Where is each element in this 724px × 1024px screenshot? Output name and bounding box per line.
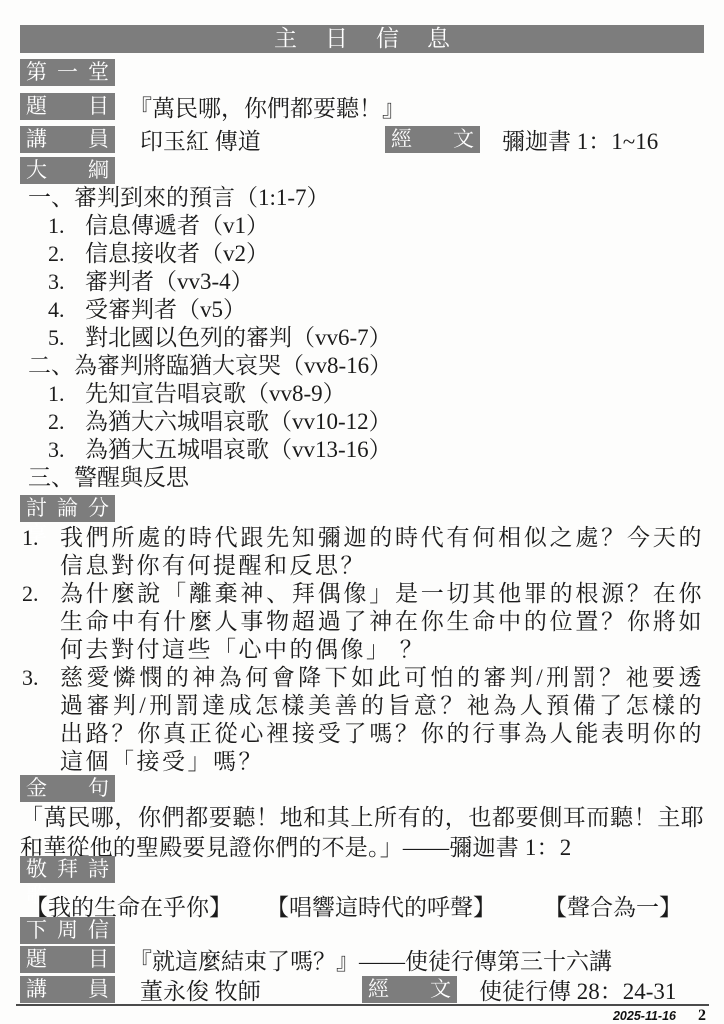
- worship-songs-badge-row: 敬拜詩歌: [20, 856, 704, 883]
- outline-item-text: 對北國以色列的審判（vv6-7）: [85, 324, 392, 352]
- topic-row: 題目 『萬民哪，你們都要聽！』: [20, 92, 704, 120]
- speaker-label-badge: 講員: [20, 126, 115, 153]
- outline-item-num: 1.: [48, 380, 85, 408]
- outline-item-text: 審判者（vv3-4）: [85, 268, 254, 296]
- topic-label-badge: 題目: [20, 93, 115, 120]
- outline-item: 1. 信息傳遞者（v1）: [20, 212, 704, 240]
- outline-item: 3. 為猶大五城唱哀歌（vv13-16）: [20, 436, 704, 464]
- outline-item: 2. 為猶大六城唱哀歌（vv10-12）: [20, 408, 704, 436]
- outline-item: 1. 先知宣告唱哀歌（vv8-9）: [20, 380, 704, 408]
- footer-page-number: 2: [698, 1007, 706, 1024]
- discussion-item-num: 1.: [20, 524, 60, 580]
- discussion-item-text: 慈愛憐憫的神為何會降下如此可怕的審判/刑罰？祂要透過審判/刑罰達成怎樣美善的旨意…: [60, 664, 704, 776]
- footer: 2025-11-16 2: [613, 1007, 706, 1024]
- next-week-label-badge: 下周信息: [20, 917, 115, 944]
- session-badge: 第一堂: [20, 59, 115, 86]
- scripture-label-badge: 經文: [385, 126, 480, 153]
- outline-item: 3. 審判者（vv3-4）: [20, 268, 704, 296]
- discussion-section: 1. 我們所處的時代跟先知彌迦的時代有何相似之處？今天的信息對你有何提醒和反思？…: [20, 524, 704, 776]
- message-topic: 『萬民哪，你們都要聽！』: [129, 90, 405, 123]
- speaker-label-badge: 講員: [20, 976, 115, 1003]
- discussion-item-text: 為什麼說「離棄神、拜偶像」是一切其他罪的根源？在你生命中有什麼人事物超過了神在你…: [60, 580, 704, 664]
- outline-item-num: 3.: [48, 436, 85, 464]
- outline-item-num: 3.: [48, 268, 85, 296]
- message-scripture: 彌迦書 1：1~16: [502, 123, 658, 156]
- next-week-badge-row: 下周信息: [20, 917, 704, 944]
- outline-item-num: 5.: [48, 324, 85, 352]
- outline-item-text: 為猶大五城唱哀歌（vv13-16）: [85, 436, 392, 464]
- outline-item-num: 2.: [48, 408, 85, 436]
- discussion-item: 2. 為什麼說「離棄神、拜偶像」是一切其他罪的根源？在你生命中有什麼人事物超過了…: [20, 580, 704, 664]
- outline-item: 2. 信息接收者（v2）: [20, 240, 704, 268]
- next-week-speaker: 董永俊 牧師: [140, 973, 362, 1006]
- outline-item-text: 信息接收者（v2）: [85, 240, 269, 268]
- worship-songs-label-badge: 敬拜詩歌: [20, 856, 115, 883]
- golden-verse-label-badge: 金句: [20, 775, 115, 802]
- footer-date: 2025-11-16: [613, 1009, 676, 1023]
- outline-item-num: 1.: [48, 212, 85, 240]
- footer-rule: [16, 1004, 709, 1006]
- discussion-item-text: 我們所處的時代跟先知彌迦的時代有何相似之處？今天的信息對你有何提醒和反思？: [60, 524, 704, 580]
- next-week-topic: 『就這麼結束了嗎？』——使徒行傳第三十六講: [129, 943, 612, 976]
- outline-item-text: 為猶大六城唱哀歌（vv10-12）: [85, 408, 392, 436]
- outline-section: 一、審判到來的預言（1:1-7） 1. 信息傳遞者（v1） 2. 信息接收者（v…: [20, 184, 704, 492]
- outline-item-text: 信息傳遞者（v1）: [85, 212, 269, 240]
- scripture-label-badge: 經文: [362, 976, 457, 1003]
- discussion-badge-row: 討論分享: [20, 495, 704, 522]
- outline-heading-1: 一、審判到來的預言（1:1-7）: [20, 184, 704, 212]
- message-speaker: 印玉紅 傳道: [140, 123, 385, 156]
- next-week-speaker-row: 講員 董永俊 牧師 經文 使徒行傳 28：24-31: [20, 975, 704, 1003]
- golden-verse-badge-row: 金句: [20, 775, 704, 802]
- next-week-topic-row: 題目 『就這麼結束了嗎？』——使徒行傳第三十六講: [20, 945, 704, 973]
- outline-item: 4. 受審判者（v5）: [20, 296, 704, 324]
- outline-heading-2: 二、為審判將臨猶大哀哭（vv8-16）: [20, 352, 704, 380]
- session-row: 第一堂: [20, 59, 704, 86]
- topic-label-badge: 題目: [20, 946, 115, 973]
- bulletin-page: 主日信息 第一堂 題目 『萬民哪，你們都要聽！』 講員 印玉紅 傳道 經文 彌迦…: [0, 0, 724, 1024]
- outline-heading-3: 三、警醒與反思: [20, 464, 704, 492]
- outline-item-num: 4.: [48, 296, 85, 324]
- outline-item-num: 2.: [48, 240, 85, 268]
- outline-item-text: 受審判者（v5）: [85, 296, 246, 324]
- outline-badge-row: 大綱: [20, 157, 704, 184]
- discussion-item-num: 3.: [20, 664, 60, 776]
- speaker-row: 講員 印玉紅 傳道 經文 彌迦書 1：1~16: [20, 125, 704, 153]
- outline-item-text: 先知宣告唱哀歌（vv8-9）: [85, 380, 346, 408]
- discussion-item-num: 2.: [20, 580, 60, 664]
- discussion-label-badge: 討論分享: [20, 495, 115, 522]
- next-week-scripture: 使徒行傳 28：24-31: [479, 973, 676, 1006]
- discussion-item: 1. 我們所處的時代跟先知彌迦的時代有何相似之處？今天的信息對你有何提醒和反思？: [20, 524, 704, 580]
- outline-label-badge: 大綱: [20, 157, 115, 184]
- discussion-item: 3. 慈愛憐憫的神為何會降下如此可怕的審判/刑罰？祂要透過審判/刑罰達成怎樣美善…: [20, 664, 704, 776]
- page-title: 主日信息: [20, 25, 704, 53]
- outline-item: 5. 對北國以色列的審判（vv6-7）: [20, 324, 704, 352]
- golden-verse-text: 「萬民哪，你們都要聽！地和其上所有的，也都要側耳而聽！主耶和華從他的聖殿要見證你…: [20, 803, 704, 863]
